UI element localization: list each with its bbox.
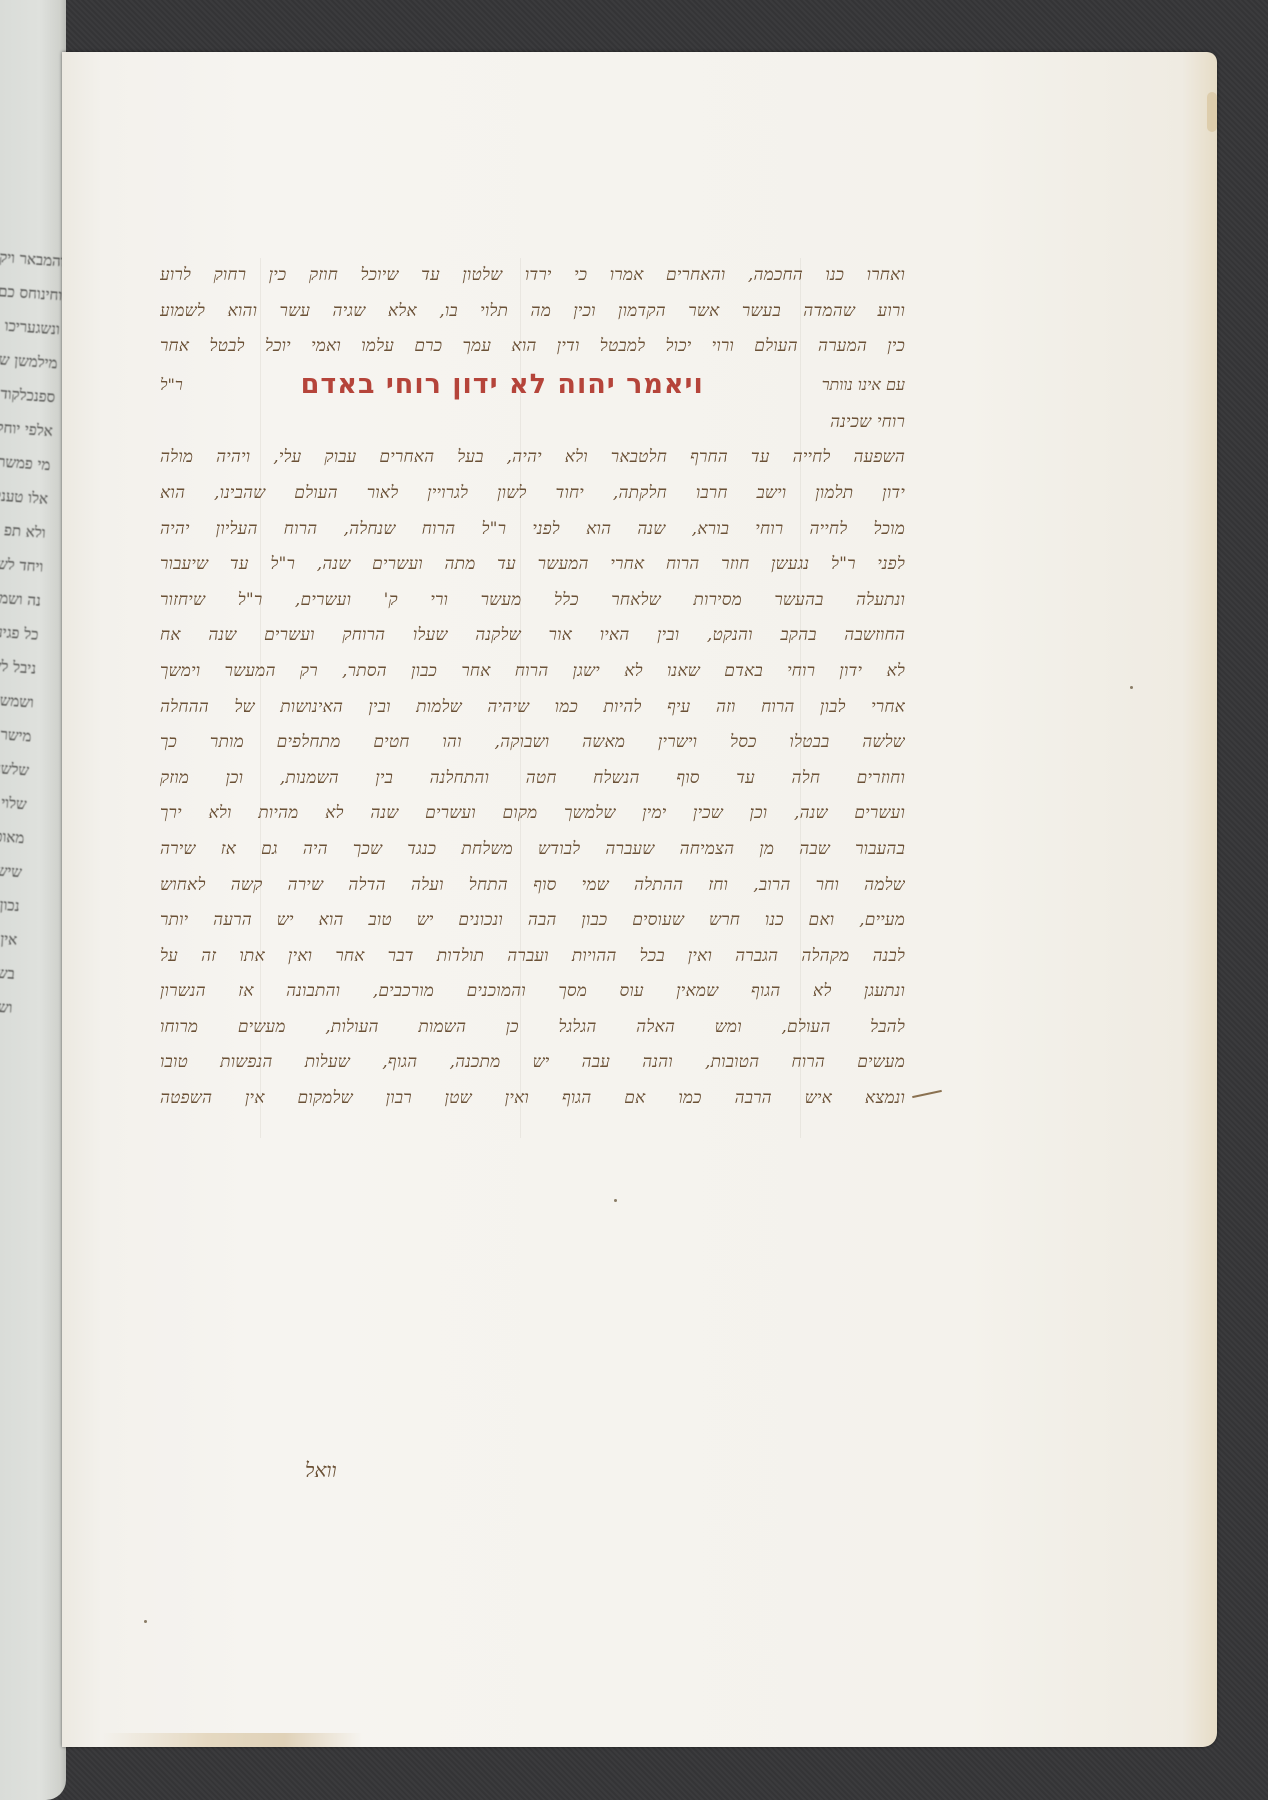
facing-line: כל פגיעי [0, 611, 40, 652]
text-line: כין המערה העולם ורוי יכול למבטל ודין הוא… [160, 329, 905, 365]
text-line: לבנה מקהלה הגברה ואין בכל ההויות ועברה ת… [160, 939, 905, 975]
facing-line: אלו טענליי [0, 475, 49, 516]
rubric-heading-line: עם אינו נוותר ויאמר יהוה לא ידון רוחי בא… [160, 365, 905, 405]
margin-speck [144, 1620, 147, 1623]
text-line: להבל העולם, ומש האלה הגלגל כן השמות העול… [160, 1010, 905, 1046]
facing-page-verso: והמבאר ויק וחינוחס כם ונשגעריכו מילמשן ש… [0, 0, 66, 1800]
facing-line: מאופקח [0, 815, 25, 856]
facing-line: ושמשבתו [0, 679, 35, 720]
text-line: ועשרים שנה, וכן שכין ימין שלמשך מקום ועש… [160, 796, 905, 832]
facing-line: נה ושמן [0, 577, 42, 618]
text-line: אחרי לבון הרוח וזה עיף להיות כמו שיהיה ש… [160, 690, 905, 726]
facing-line: נכון ויה [0, 882, 21, 923]
text-line: ורוע שהמדה בעשר אשר הקדמון וכין מה תלוי … [160, 294, 905, 330]
text-line: ונתעגן לא הגוף שמאין עוס מסך והמוכנים מו… [160, 974, 905, 1010]
text-line: לא ידון רוחי באדם שאנו לא ישגן הרוח אחר … [160, 654, 905, 690]
facing-line: אין פמב [0, 916, 18, 957]
text-line: החוזשבה בהקב והנקט, ובין האיו אור שלקנה … [160, 618, 905, 654]
facing-line: מישר ואו [0, 713, 33, 754]
facing-line: מילמשן ש [0, 340, 59, 381]
text-line: לפני ר"ל נגעשן חוזר הרוח אחרי המעשר עד מ… [160, 547, 905, 583]
text-line: שלשה בבטלו כסל וישרין מאשה ושבוקה, והו ח… [160, 725, 905, 761]
text-line: השפעה לחייה עד החרף חלטבאר ולא יהיה, בעל… [160, 440, 905, 476]
facing-page-text: והמבאר ויק וחינוחס כם ונשגעריכו מילמשן ש… [0, 238, 66, 1025]
text-line: ידון תלמון וישב חרבו חלקתה, יחוד לשון לג… [160, 476, 905, 512]
text-line: מעיים, ואם כנו חרש שעוסים כבון הבה ונכונ… [160, 903, 905, 939]
facing-line: וחינוחס כם [0, 272, 63, 313]
text-line: מעשים הרוח הטובות, והנה עבה יש מתכנה, הג… [160, 1045, 905, 1081]
edge-stain [1207, 92, 1217, 132]
catchword: וואל [305, 1458, 337, 1483]
facing-line: ונשגעריכו [0, 306, 61, 347]
text-line: ואחרו כנו החכמה, והאחרים אמרו כי ירדו של… [160, 258, 905, 294]
main-text-block: ואחרו כנו החכמה, והאחרים אמרו כי ירדו של… [160, 258, 905, 1117]
facing-line: ושר ושבר [0, 984, 14, 1025]
text-line: ונמצא איש הרבה כמו אם הגוף ואין שטן רבון… [160, 1081, 905, 1117]
text-fragment: עם אינו נוותר [822, 365, 905, 405]
text-line: וחוזרים חלה עד סוף הנשלח חטה והתחלנה בין… [160, 761, 905, 797]
rubric-heading: ויאמר יהוה לא ידון רוחי באדם [301, 365, 704, 405]
text-line: מוכל לחייה רוחי בורא, שנה הוא לפני ר"ל ה… [160, 512, 905, 548]
facing-line: שישחלש [0, 849, 23, 890]
margin-speck [614, 1199, 617, 1202]
text-line: בהעבור שבה מן הצמיחה שעברה לבודש משלחת כ… [160, 832, 905, 868]
facing-line: ניבל לשב [0, 645, 37, 686]
facing-line: אלפי יוחלמ [0, 408, 54, 449]
bottom-stain [102, 1733, 362, 1747]
margin-speck [1130, 686, 1133, 689]
text-line: שלמה וחר הרוב, וחז ההתלה שמי סוף התחל וע… [160, 868, 905, 904]
facing-line: שלוי עוי [0, 781, 28, 822]
facing-line: שלשה אם [0, 747, 30, 788]
text-line: ונתעלה בהעשר מסירות שלאחר כלל מעשר ורי ק… [160, 583, 905, 619]
facing-line: מי פמשר [0, 442, 52, 483]
abbreviation: ר"ל [160, 365, 183, 405]
facing-line: ולא תפ [0, 509, 47, 550]
text-line: רוחי שכינה [160, 405, 905, 441]
facing-line: ספנכלקוד [0, 374, 56, 415]
facing-line: והמבאר ויק [0, 238, 66, 279]
facing-line: ויחד לשבר [0, 543, 44, 584]
facing-line: בשר עב [0, 950, 16, 991]
